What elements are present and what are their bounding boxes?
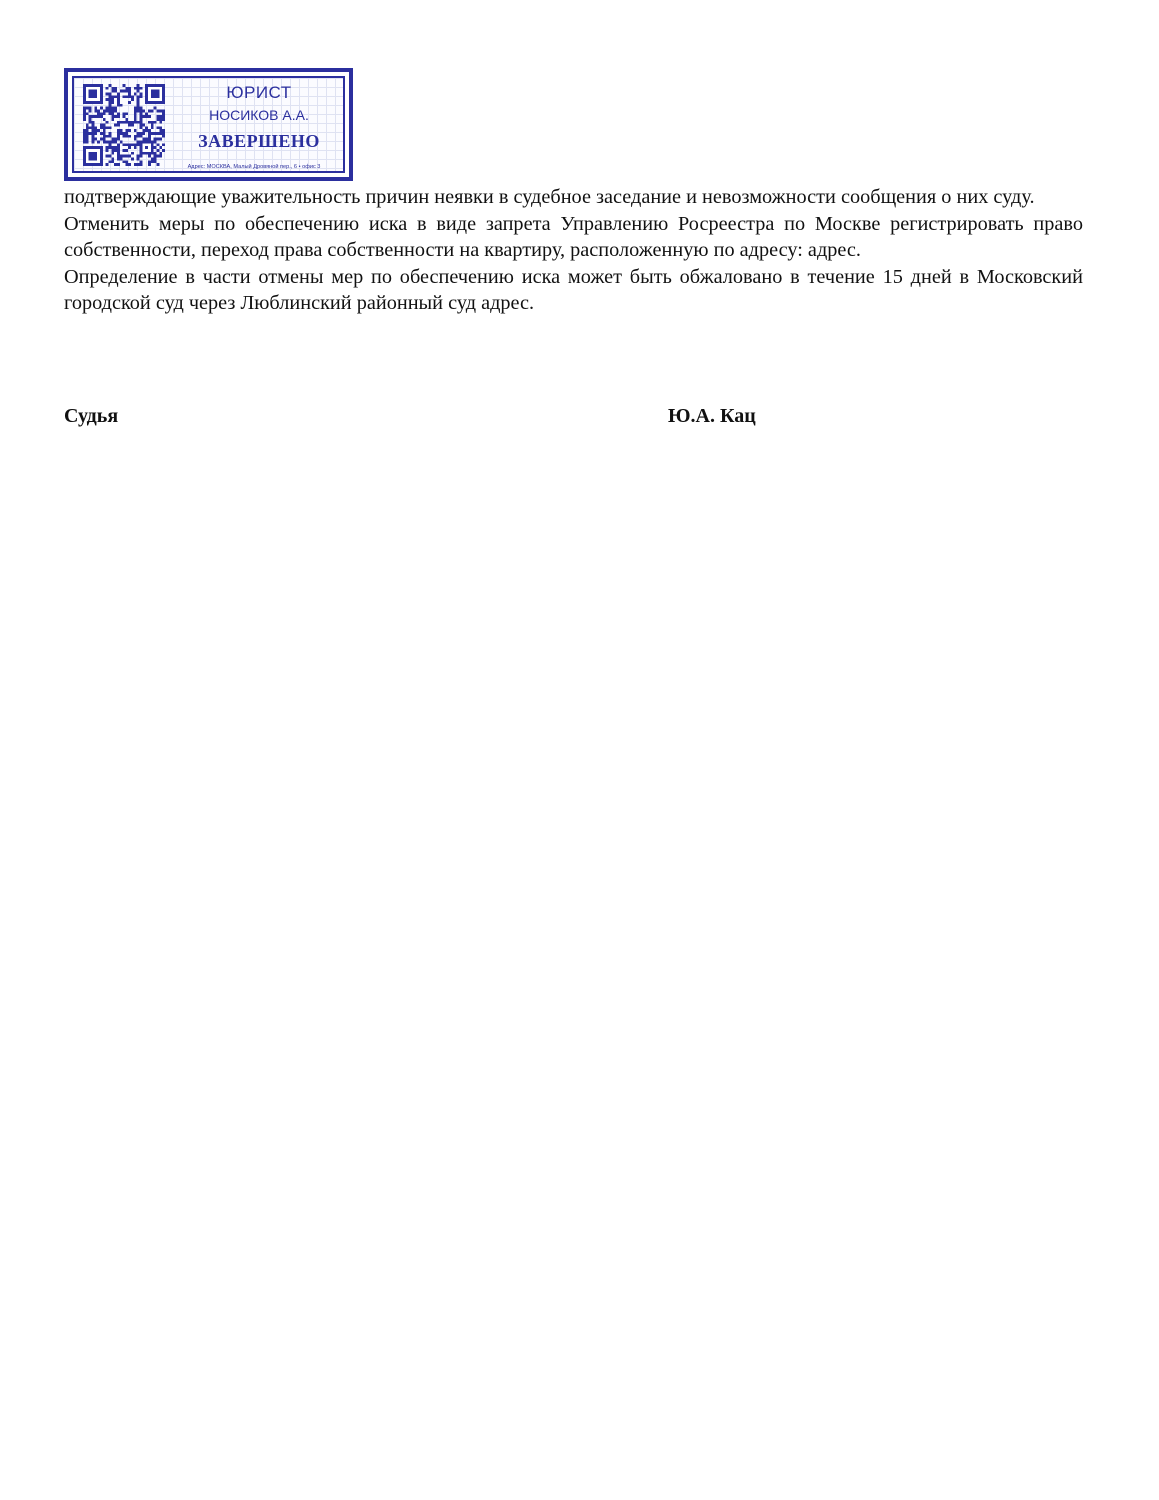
paragraph-cancel-measures: Отменить меры по обеспечению иска в виде… — [64, 211, 1083, 264]
stamp-lawyer-name: НОСИКОВ А.А. — [174, 106, 344, 124]
stamp-status: ЗАВЕРШЕНО — [174, 130, 344, 152]
signature-block: Судья Ю.А. Кац — [64, 403, 1083, 431]
paragraph-appeal: Определение в части отмены мер по обеспе… — [64, 264, 1083, 317]
paragraph-excuse-evidence: подтверждающие уважительность причин нея… — [64, 184, 1083, 211]
signature-role: Судья — [64, 403, 118, 429]
document-body: подтверждающие уважительность причин нея… — [64, 184, 1083, 317]
stamp-address: Адрес: МОСКВА, Малый Дровяной пер., 6 • … — [164, 163, 344, 171]
lawyer-stamp: ЮРИСТ НОСИКОВ А.А. ЗАВЕРШЕНО Адрес: МОСК… — [64, 68, 353, 181]
signature-name: Ю.А. Кац — [668, 403, 756, 429]
stamp-title: ЮРИСТ — [174, 83, 344, 103]
qr-code-icon — [83, 84, 165, 166]
stamp-frame: ЮРИСТ НОСИКОВ А.А. ЗАВЕРШЕНО Адрес: МОСК… — [72, 76, 345, 173]
